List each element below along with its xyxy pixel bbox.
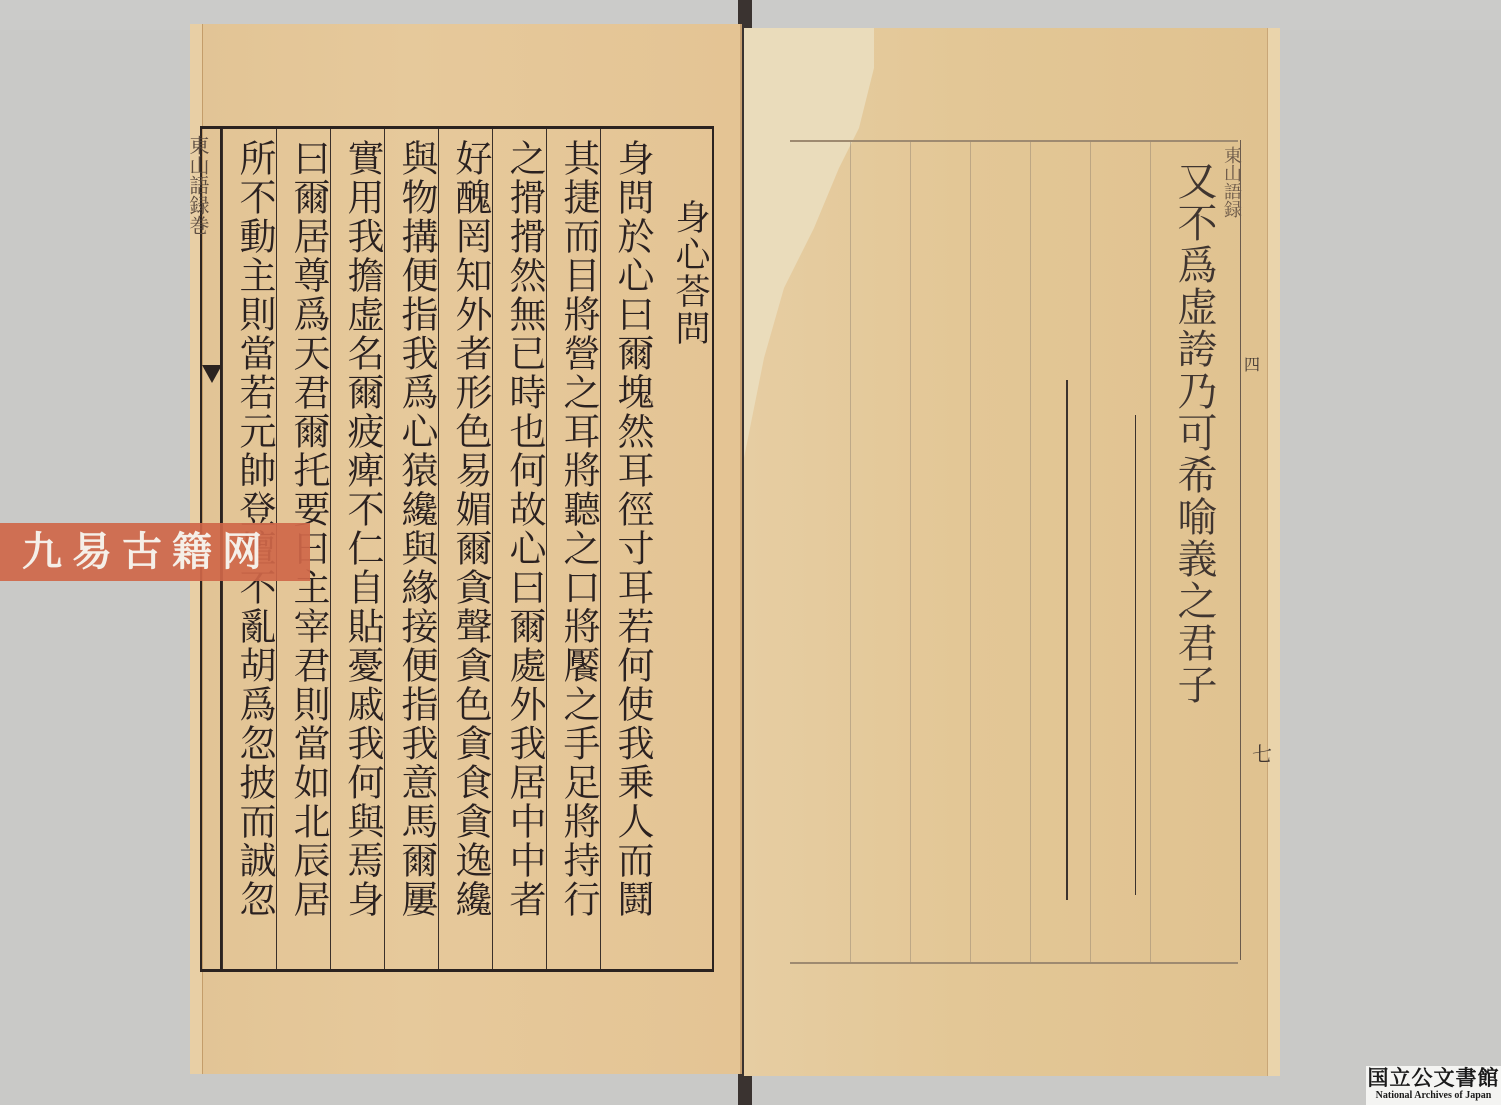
- faded-rule: [910, 142, 911, 962]
- faded-rule: [970, 142, 971, 962]
- faded-rule: [1030, 142, 1031, 962]
- fishtail-mark-icon: [202, 365, 222, 383]
- text-column-1: 身問於心曰爾塊然耳徑寸耳若何使我乗人而鬪: [600, 129, 654, 969]
- right-page-text-frame: 又不爲虚誇乃可希喻義之君子 東山語録: [790, 140, 1238, 964]
- fishtail-mark: 四: [1244, 352, 1260, 375]
- faded-rule: [1090, 142, 1091, 962]
- faded-rule: [850, 142, 851, 962]
- text-column-5: 與物搆便指我爲心猿纔與緣接便指我意馬爾屢: [384, 129, 438, 969]
- archive-name-en: National Archives of Japan: [1366, 1090, 1501, 1102]
- archive-name-jp: 国立公文書館: [1366, 1066, 1501, 1090]
- right-frame-rule: [1240, 140, 1241, 960]
- folio-number: 七: [1252, 738, 1272, 767]
- section-title: 身心荅問: [654, 129, 712, 969]
- text-column-4: 好醜罔知外者形色易媚爾貪聲貪色貪食貪逸纔: [438, 129, 492, 969]
- right-page-edge: [1267, 28, 1280, 1076]
- text-column-3: 之搰搰然無已時也何故心曰爾處外我居中中者: [492, 129, 546, 969]
- broken-rule-line: [1135, 415, 1136, 895]
- archive-logo: 国立公文書館 National Archives of Japan: [1366, 1066, 1501, 1105]
- watermark-banner: 九易古籍网: [0, 523, 310, 581]
- faded-rule: [1150, 142, 1151, 962]
- last-text-line: 又不爲虚誇乃可希喻義之君子: [1160, 142, 1220, 962]
- text-column-2: 其捷而目將營之耳將聽之口將饜之手足將持行: [546, 129, 600, 969]
- text-column-6: 實用我擔虚名爾疲痺不仁自貼憂戚我何與焉身: [330, 129, 384, 969]
- broken-rule-line: [1066, 380, 1068, 900]
